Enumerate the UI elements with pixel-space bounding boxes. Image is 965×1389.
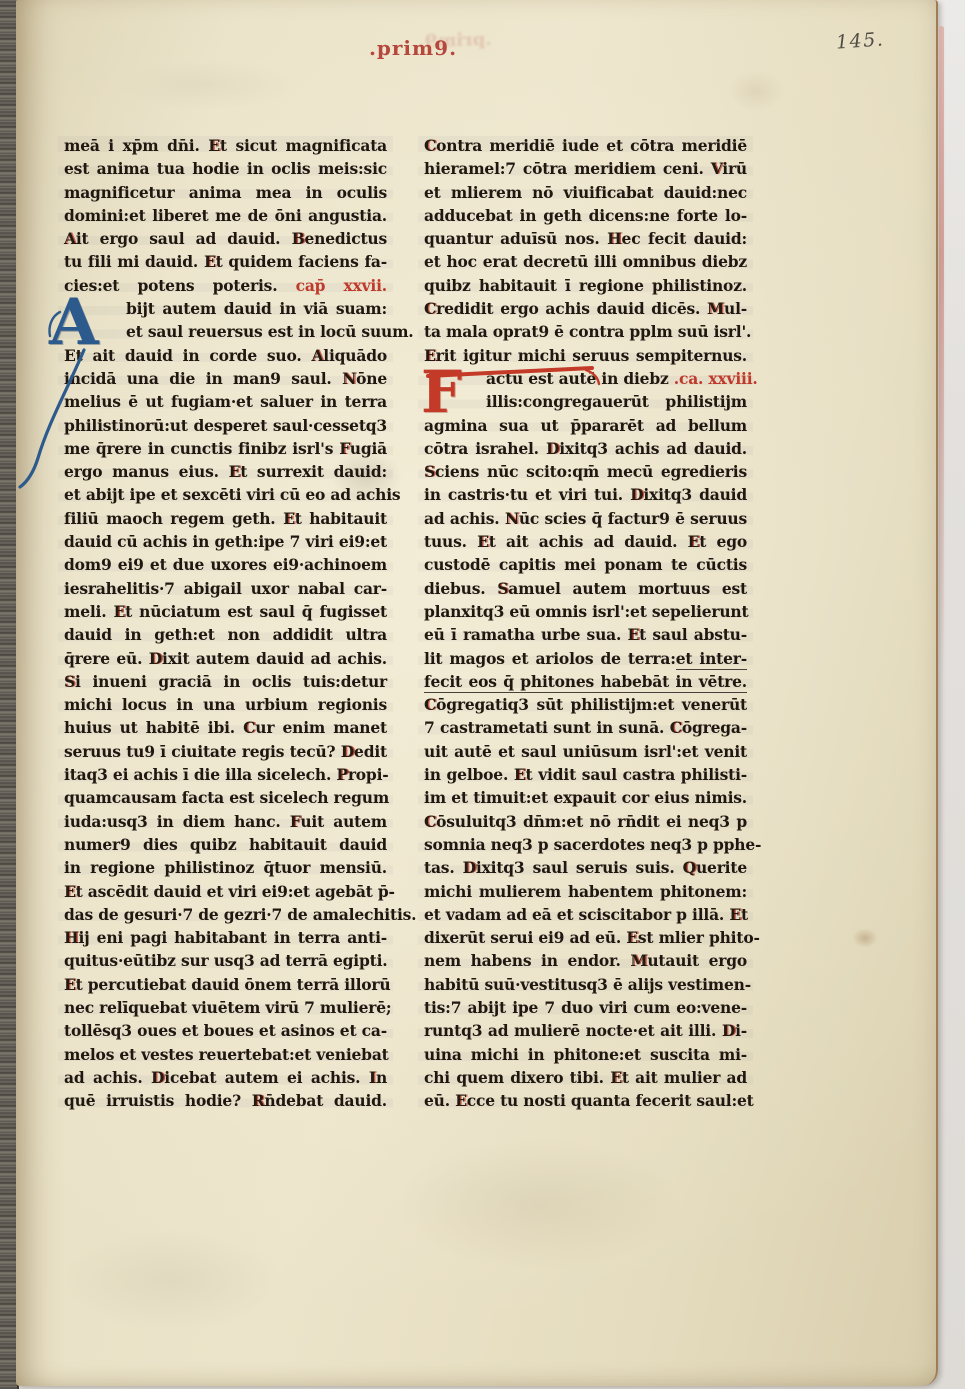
text-line: ad achis. Dicebat autem ei achis. In — [64, 1066, 387, 1089]
text-line: bijt autem dauid in viā suam: — [64, 297, 387, 320]
text-line: planxitq3 eū omnis isrl':et sepelierunt — [424, 600, 747, 623]
text-line: im et timuit:et expauit cor eius nimis. — [424, 786, 747, 809]
text-line: agmina sua ut p̄pararēt ad bellum — [424, 414, 747, 437]
text-line: quibz habitauit ī regione philistinoz. — [424, 274, 747, 297]
text-line: in castris·tu et viri tui. Dixitq3 dauid — [424, 483, 747, 506]
text-line: michi mulierem habentem phitonem: — [424, 880, 747, 903]
text-line: somnia neq3 p sacerdotes neq3 p pphe- — [424, 833, 747, 856]
illuminated-initial-blue-a: A — [49, 297, 99, 349]
rubricated-capital: A — [311, 346, 323, 365]
text-line: Cōsuluitq3 dn̄m:et nō rn̄dit ei neq3 p — [424, 810, 747, 833]
text-line: et hoc erat decretū illi omnibus diebz — [424, 250, 747, 273]
text-line: cies:et potens poteris. cap̄ xxvii. — [64, 274, 387, 297]
running-header: .prim9. — [348, 36, 478, 60]
rubricated-capital: Q — [683, 858, 696, 877]
rubricated-capital: E — [610, 1068, 622, 1087]
text-line: tollēsq3 oues et boues et asinos et ca- — [64, 1019, 387, 1042]
rubric-red-text: .ca. xxviii. — [674, 369, 758, 388]
rubricated-capital: E — [229, 462, 241, 481]
text-line: fecit eos q̄ phitones habebāt in vētre. — [424, 670, 747, 693]
pink-fore-edge — [939, 26, 944, 676]
text-line: dixerūt serui ei9 ad eū. Est mlier phito… — [424, 926, 747, 949]
rubricated-capital: S — [424, 462, 435, 481]
folio-number: 145. — [835, 28, 885, 53]
text-line: custodē capitis mei ponam te cūctis — [424, 553, 747, 576]
rubricated-capital: E — [208, 136, 220, 155]
text-line: hieramel:7 cōtra meridiem ceni. Virū — [424, 157, 747, 180]
text-column-left: meā i xp̄m dn̄i. Et sicut magnificataest… — [64, 134, 387, 1112]
manuscript-scan: { "page": { "running_header": ".prim9.",… — [0, 0, 965, 1389]
rubricated-capital: D — [151, 1068, 164, 1087]
rubricated-capital: E — [204, 252, 216, 271]
text-line: melos et vestes reuertebat:et veniebat — [64, 1043, 387, 1066]
rubricated-capital: S — [497, 579, 508, 598]
text-line: et saul reuersus est in locū suum. — [64, 320, 387, 343]
rubricated-capital: C — [243, 718, 255, 737]
text-line: actū est autē in diebz .ca. xxviii. — [424, 367, 747, 390]
text-line: habitū suū·vestitusq3 ē alijs vestimen- — [424, 973, 747, 996]
text-line: Et ascēdit dauid et viri ei9:et agebāt p… — [64, 880, 387, 903]
rubricated-capital: S — [64, 672, 75, 691]
text-line: Et percutiebat dauid ōnem terrā illorū — [64, 973, 387, 996]
text-line: nem habens in endor. Mutauit ergo — [424, 949, 747, 972]
text-line: q̄rere eū. Dixit autem dauid ad achis. — [64, 647, 387, 670]
text-line: numer9 dies quibz habitauit dauid — [64, 833, 387, 856]
text-line: iuda:usq3 in diem hanc. Fuit autem — [64, 810, 387, 833]
text-line: illis:congregauerūt philistijm — [424, 390, 747, 413]
text-line: uit autē et saul uniūsum isrl':et venit — [424, 740, 747, 763]
rubricated-capital: C — [424, 136, 436, 155]
text-line: quitus·eūtibz sur usq3 ad terrā egipti. — [64, 949, 387, 972]
rubricated-capital: C — [424, 812, 436, 831]
text-line: Ait ergo saul ad dauid. Benedictus — [64, 227, 387, 250]
illuminated-initial-red-f: F — [421, 369, 462, 417]
rubricated-capital: D — [722, 1021, 735, 1040]
rubricated-capital: B — [292, 229, 305, 248]
text-line: diebus. Samuel autem mortuus est — [424, 577, 747, 600]
rubricated-capital: M — [630, 951, 647, 970]
rubricated-capital: D — [546, 439, 559, 458]
text-line: ergo manus eius. Et surrexit dauid: — [64, 460, 387, 483]
rubricated-capital: N — [342, 369, 356, 388]
text-line: quē irruistis hodie? Rn̄debat dauid. — [64, 1089, 387, 1112]
text-line: domini:et liberet me de ōni angustia. — [64, 204, 387, 227]
rubricated-capital: C — [424, 695, 436, 714]
text-line: quantur aduīsū nos. Hec fecit dauid: — [424, 227, 747, 250]
rubricated-capital: R — [252, 1091, 265, 1110]
rubricated-capital: E — [627, 625, 639, 644]
text-column-right: Contra meridiē iude et cōtra meridiēhier… — [424, 134, 747, 1112]
text-line: iesrahelitis·7 abigail uxor nabal car- — [64, 577, 387, 600]
rubricated-capital: D — [149, 649, 162, 668]
text-line: dom9 ei9 et due uxores ei9·achinoem — [64, 553, 387, 576]
rubricated-capital: D — [463, 858, 476, 877]
rubricated-capital: H — [607, 229, 621, 248]
text-line: runtq3 ad mulierē nocte·et ait illi. Di- — [424, 1019, 747, 1042]
text-line: meā i xp̄m dn̄i. Et sicut magnificata — [64, 134, 387, 157]
rubric-red-text: xxvii. — [344, 276, 387, 295]
rubricated-capital: D — [341, 742, 354, 761]
rubricated-capital: E — [626, 928, 638, 947]
rubricated-capital: E — [114, 602, 126, 621]
text-line: michi locus in una urbium regionis — [64, 693, 387, 716]
rubricated-capital: H — [64, 928, 78, 947]
rubricated-capital: E — [64, 975, 76, 994]
rubricated-capital: E — [64, 882, 76, 901]
rubricated-capital: C — [670, 718, 682, 737]
rubricated-capital: E — [688, 532, 700, 551]
rubricated-capital: A — [64, 229, 76, 248]
rubricated-capital: P — [336, 765, 347, 784]
text-line: tis:7 abijt ipe 7 duo viri cum eo:vene- — [424, 996, 747, 1019]
text-line: ad achis. Nūc scies q̄ factur9 ē seruus — [424, 507, 747, 530]
rubricated-capital: E — [283, 509, 295, 528]
text-line: meli. Et nūciatum est saul q̄ fugisset — [64, 600, 387, 623]
text-line: tu fili mi dauid. Et quidem faciens fa- — [64, 250, 387, 273]
text-line: Et ait dauid in corde suo. Aliquādo — [64, 344, 387, 367]
text-line: adducebat in geth dicens:ne forte lo- — [424, 204, 747, 227]
text-line: filiū maoch regem geth. Et habitauit — [64, 507, 387, 530]
rubricated-capital: V — [711, 159, 723, 178]
text-line: me q̄rere in cunctis finibz isrl's Fugiā — [64, 437, 387, 460]
text-line: magnificetur anima mea in oculis — [64, 181, 387, 204]
text-line: tuus. Et ait achis ad dauid. Et ego — [424, 530, 747, 553]
text-line: incidā una die in man9 saul. Nōne — [64, 367, 387, 390]
text-line: quamcausam facta est sicelech regum — [64, 786, 387, 809]
rubricated-capital: M — [707, 299, 724, 318]
text-line: Credidit ergo achis dauid dicēs. Mul- — [424, 297, 747, 320]
rubric-red-text: cap̄ — [296, 276, 326, 295]
text-line: chi quem dixero tibi. Et ait mulier ad — [424, 1066, 747, 1089]
rubricated-capital: E — [514, 765, 526, 784]
text-line: eū. Ecce tu nosti quanta fecerit saul:et — [424, 1089, 747, 1112]
rubricated-capital: E — [477, 532, 489, 551]
text-line: et abijt ipe et sexcēti viri cū eo ad ac… — [64, 483, 387, 506]
rubricated-capital: N — [505, 509, 519, 528]
text-line: itaq3 ei achis ī die illa sicelech. Prop… — [64, 763, 387, 786]
rubricated-capital: C — [424, 299, 436, 318]
text-line: eū ī ramatha urbe sua. Et saul abstu- — [424, 623, 747, 646]
text-line: tas. Dixitq3 saul seruis suis. Querite — [424, 856, 747, 879]
text-line: lit magos et ariolos de terra:et inter- — [424, 647, 747, 670]
rubricated-capital: E — [729, 905, 741, 924]
underlined-text: et inter- — [676, 649, 747, 670]
text-line: Si inueni graciā in oclis tuis:detur — [64, 670, 387, 693]
text-line: melius ē ut fugiam·et saluer in terra — [64, 390, 387, 413]
rubricated-capital: E — [455, 1091, 467, 1110]
text-line: est anima tua hodie in oclis meis:sic — [64, 157, 387, 180]
text-line: et vadam ad eā et sciscitabor p illā. Et — [424, 903, 747, 926]
text-line: cōtra israhel. Dixitq3 achis ad dauid. — [424, 437, 747, 460]
text-line: das de gesuri·7 de gezri·7 de amalechiti… — [64, 903, 387, 926]
text-line: in regione philistinoz q̄tuor mensiū. — [64, 856, 387, 879]
text-line: uina michi in phitone:et suscita mi- — [424, 1043, 747, 1066]
rubricated-capital: D — [630, 485, 643, 504]
text-line: ta mala oprat9 ē contra pplm suū isrl'. — [424, 320, 747, 343]
text-line: seruus tu9 ī ciuitate regis tecū? Dedit — [64, 740, 387, 763]
text-line: Sciens nūc scito:qm̄ mecū egredieris — [424, 460, 747, 483]
text-line: dauid in geth:et non addidit ultra — [64, 623, 387, 646]
underlined-text: fecit eos q̄ phitones habebāt in vētre. — [424, 672, 747, 693]
text-line: Erit igitur michi seruus sempiternus. — [424, 344, 747, 367]
rubricated-capital: I — [369, 1068, 376, 1087]
text-line: et mlierem nō viuificabat dauid:nec — [424, 181, 747, 204]
text-line: Cōgregatiq3 sūt philistijm:et venerūt — [424, 693, 747, 716]
text-line: philistinorū:ut desperet saul·cessetq3 — [64, 414, 387, 437]
text-line: nec relīquebat viuētem virū 7 mulierē; — [64, 996, 387, 1019]
text-line: in gelboe. Et vidit saul castra philisti… — [424, 763, 747, 786]
text-line: Contra meridiē iude et cōtra meridiē — [424, 134, 747, 157]
text-line: dauid cū achis in geth:ipe 7 viri ei9:et — [64, 530, 387, 553]
rubricated-capital: F — [339, 439, 350, 458]
text-line: Hij eni pagi habitabant in terra anti- — [64, 926, 387, 949]
text-line: huius ut habitē ibi. Cur enim manet — [64, 716, 387, 739]
text-line: 7 castrametati sunt in sunā. Cōgrega- — [424, 716, 747, 739]
rubricated-capital: F — [290, 812, 301, 831]
